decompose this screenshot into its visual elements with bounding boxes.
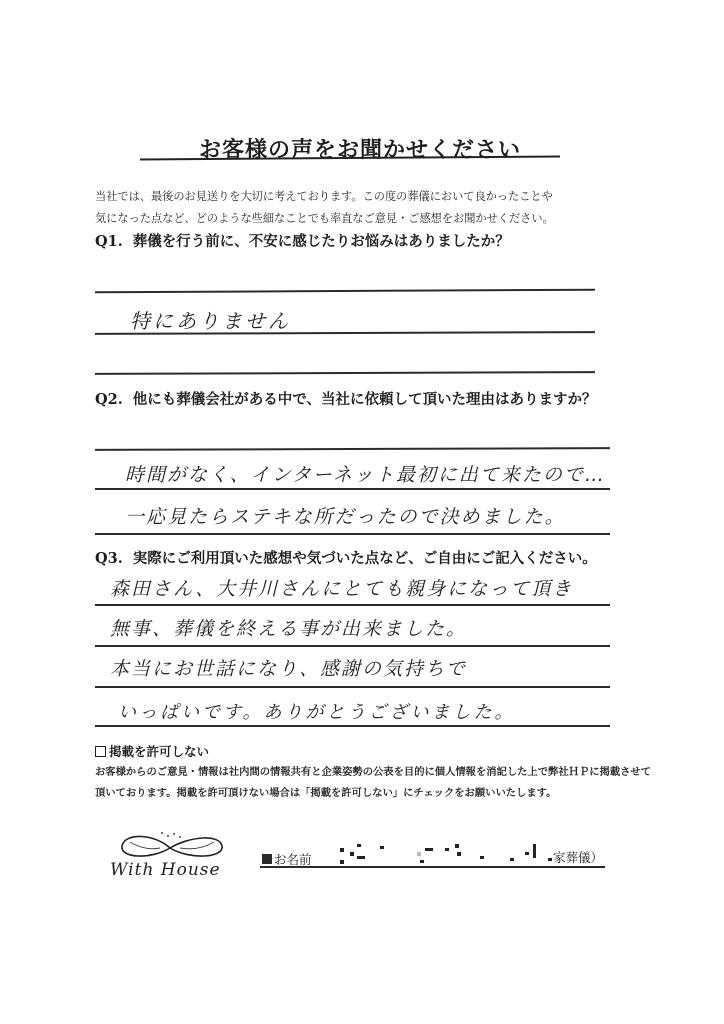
q3-answer-line-4[interactable]: いっぱいです。ありがとうございました。 (118, 698, 516, 724)
consent-notice-line: お客様からのご意見・情報は社内間の情報共有と企業姿勢の公表を目的に個人情報を消記… (95, 762, 675, 783)
question-text: 実際にご利用頂いた感想や気づいた点など、ご自由にご記入ください。 (133, 551, 597, 567)
name-suffix: 家葬儀） (553, 848, 603, 868)
intro-line: 気になった点など、どのような些細なことでも率直なご意見・ご感想をお聞かせください… (95, 208, 655, 230)
question-3: Q3.実際にご利用頂いた感想や気づいた点など、ご自由にご記入ください。 (95, 547, 597, 568)
consent-notice: お客様からのご意見・情報は社内間の情報共有と企業姿勢の公表を目的に個人情報を消記… (95, 762, 675, 804)
question-text: 他にも葬儀会社がある中で、当社に依頼して頂いた理由はありますか？ (133, 392, 597, 408)
answer-line (95, 447, 610, 450)
question-number: Q1. (95, 233, 123, 250)
with-house-logo: With House (100, 830, 240, 882)
answer-line (95, 604, 610, 606)
consent-checkbox[interactable] (95, 746, 106, 757)
answer-line (95, 488, 610, 490)
infinity-logo-icon (100, 830, 240, 864)
answer-line (95, 686, 610, 688)
question-number: Q2. (95, 391, 123, 408)
answer-line (95, 331, 595, 334)
customer-feedback-form: お客様の声をお聞かせください 当社では、最後のお見送りを大切に考えております。こ… (0, 0, 724, 1024)
question-2: Q2.他にも葬儀会社がある中で、当社に依頼して頂いた理由はありますか？ (95, 388, 597, 409)
q3-answer-line-3[interactable]: 本当にお世話になり、感謝の気持ちで (110, 654, 467, 681)
consent-notice-line: 頂いております。掲載を許可頂けない場合は「掲載を許可しない」にチェックをお願いい… (95, 783, 675, 804)
question-1: Q1.葬儀を行う前に、不安に感じたりお悩みはありましたか？ (95, 230, 510, 251)
q2-answer-line-1[interactable]: 時間がなく、インターネット最初に出て来たので… (125, 460, 606, 487)
name-field-redacted[interactable] (335, 840, 585, 865)
q2-answer-line-2[interactable]: 一応見たらステキな所だったので決めました。 (125, 502, 566, 529)
answer-line (95, 725, 610, 727)
consent-checkbox-row[interactable]: 掲載を許可しない (95, 742, 209, 760)
square-bullet-icon (262, 854, 272, 864)
q3-answer-line-2[interactable]: 無事、葬儀を終える事が出来ました。 (110, 614, 467, 641)
answer-line (95, 533, 610, 535)
q1-answer-line-1[interactable]: 特にありません (130, 305, 291, 334)
answer-line (95, 371, 595, 374)
answer-line (95, 289, 595, 293)
logo-text: With House (110, 860, 221, 880)
q3-answer-line-1[interactable]: 森田さん、大井川さんにとても親身になって頂き (110, 574, 573, 601)
answer-line (95, 645, 610, 647)
question-number: Q3. (95, 550, 123, 567)
intro-line: 当社では、最後のお見送りを大切に考えております。この度の葬儀において良かったこと… (95, 186, 655, 208)
intro-text: 当社では、最後のお見送りを大切に考えております。この度の葬儀において良かったこと… (95, 186, 655, 230)
consent-checkbox-label: 掲載を許可しない (109, 742, 209, 760)
question-text: 葬儀を行う前に、不安に感じたりお悩みはありましたか？ (133, 234, 510, 250)
